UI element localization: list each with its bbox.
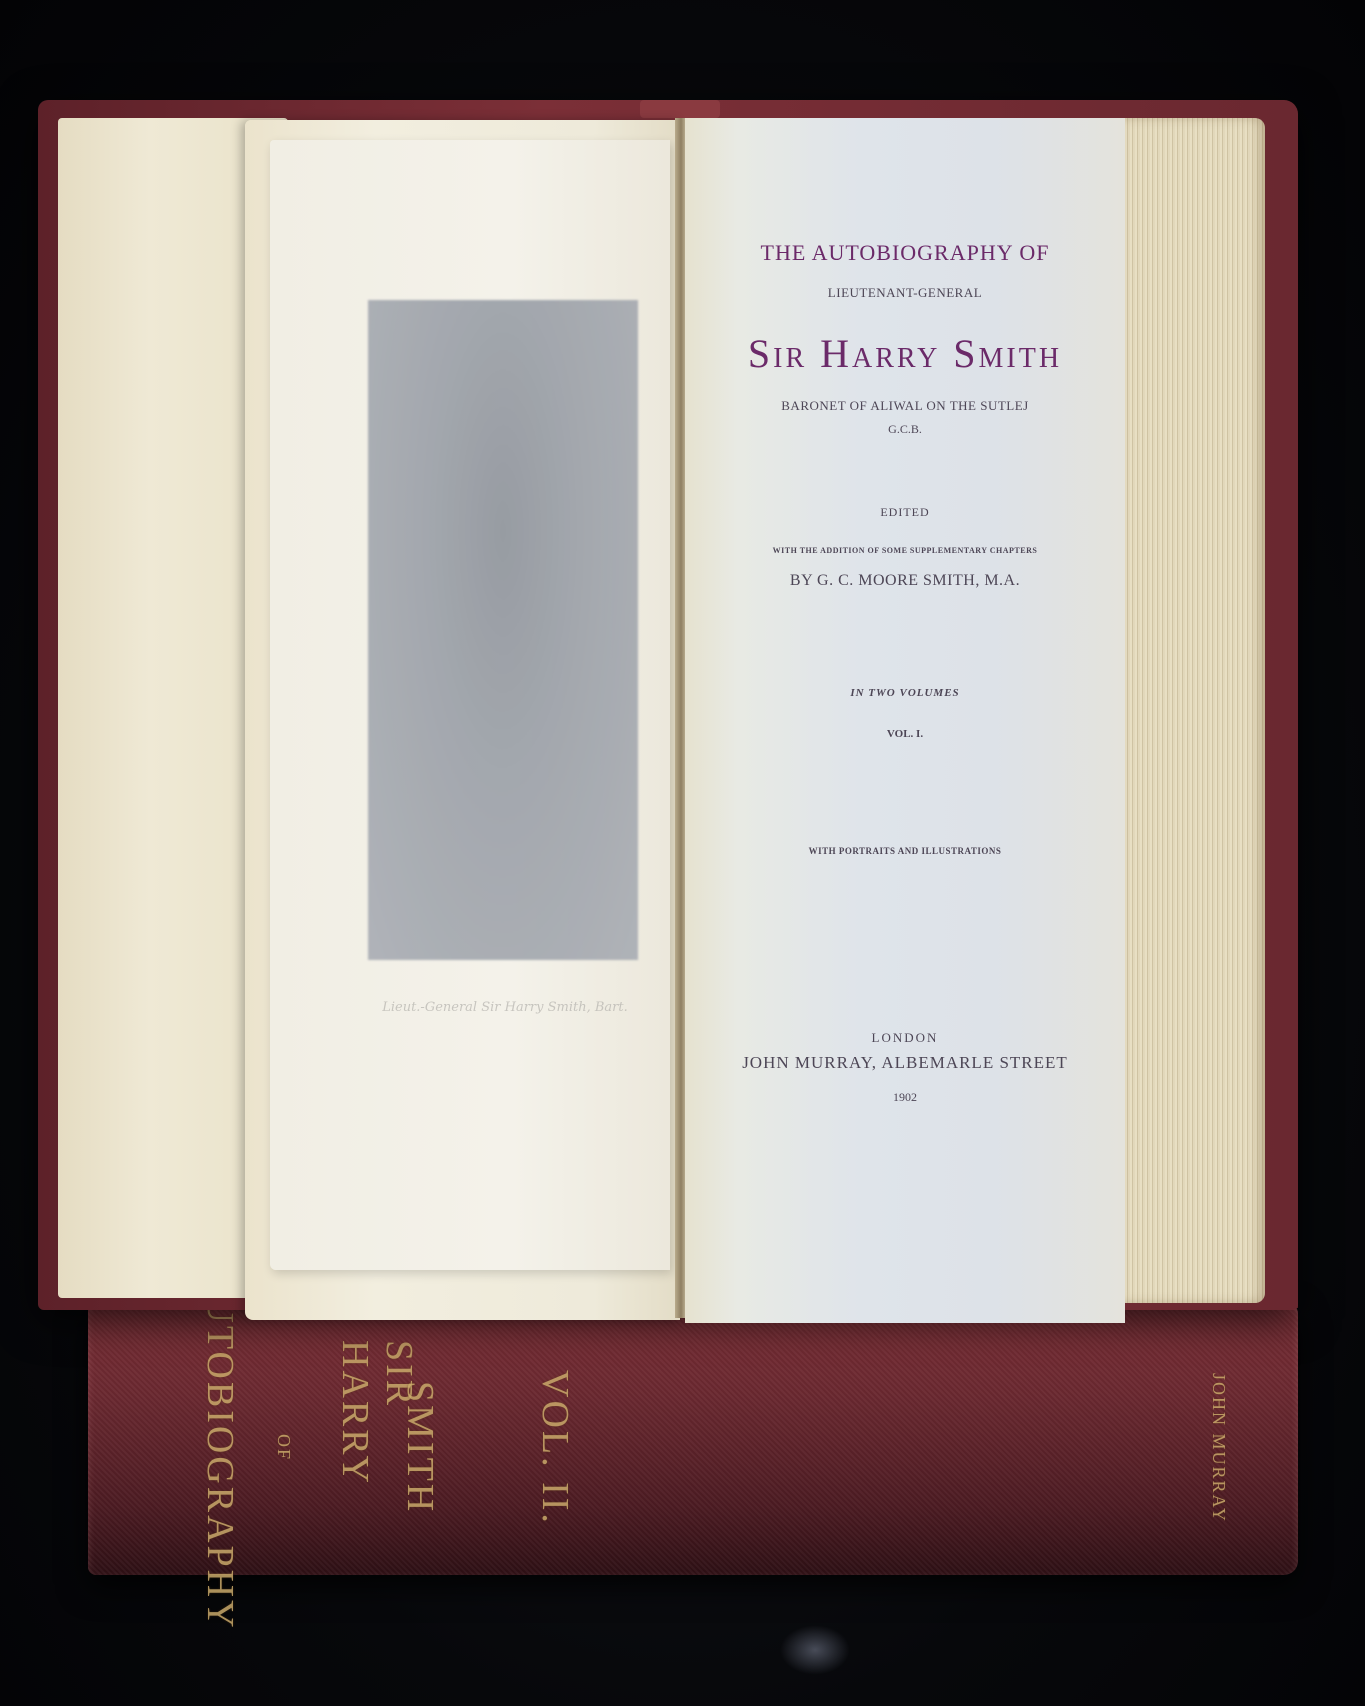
page-block-fore-edge: [1125, 118, 1265, 1303]
spine-of: OF: [273, 1340, 294, 1555]
spine-smith: SMITH: [398, 1340, 442, 1555]
title-supplementary: WITH THE ADDITION OF SOME SUPPLEMENTARY …: [685, 546, 1125, 555]
title-edited: EDITED: [685, 505, 1125, 520]
surface-reflection: [780, 1625, 850, 1675]
portrait-caption: Lieut.-General Sir Harry Smith, Bart.: [380, 1000, 630, 1015]
title-volumes: IN TWO VOLUMES: [685, 687, 1125, 699]
title-illustrations: WITH PORTRAITS AND ILLUSTRATIONS: [685, 846, 1125, 856]
volume-one-spine-head: [640, 100, 720, 118]
frontispiece-portrait: [368, 300, 638, 960]
volume-two-closed: AUTOBIOGRAPHY OF SIR HARRY SMITH VOL. II…: [88, 1300, 1298, 1575]
title-name: Sir Harry Smith: [685, 330, 1125, 377]
title-line-autobiography: THE AUTOBIOGRAPHY OF: [685, 240, 1125, 266]
title-volume-number: VOL. I.: [685, 728, 1125, 740]
title-editor: BY G. C. MOORE SMITH, M.A.: [685, 572, 1125, 590]
imprint-publisher: JOHN MURRAY, ALBEMARLE STREET: [685, 1053, 1125, 1073]
imprint-place: LONDON: [685, 1030, 1125, 1046]
title-baronetcy: BARONET OF ALIWAL ON THE SUTLEJ: [685, 398, 1125, 414]
title-honours: G.C.B.: [685, 422, 1125, 437]
imprint-year: 1902: [685, 1090, 1125, 1105]
photo-scene: AUTOBIOGRAPHY OF SIR HARRY SMITH VOL. II…: [0, 0, 1365, 1706]
title-line-rank: LIEUTENANT-GENERAL: [685, 285, 1125, 301]
spine-imprint: JOHN MURRAY: [1208, 1340, 1229, 1555]
spine-volume: VOL. II.: [533, 1340, 577, 1555]
spine-autobiography: AUTOBIOGRAPHY: [198, 1340, 242, 1555]
